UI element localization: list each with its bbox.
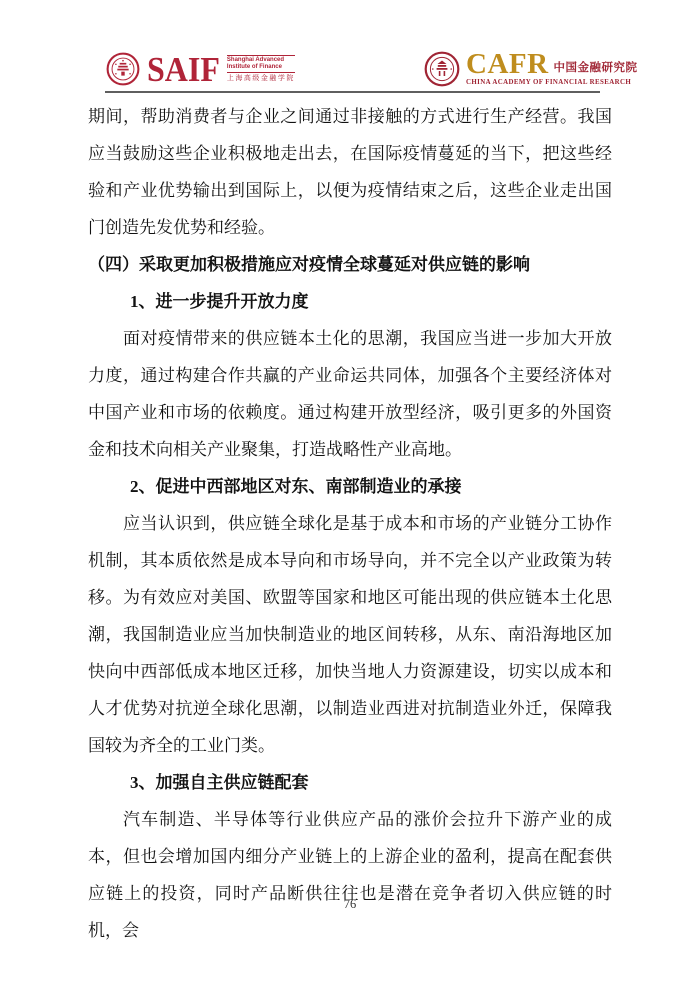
- cafr-text-block: CAFR 中国金融研究院 CHINA ACADEMY OF FINANCIAL …: [466, 52, 638, 86]
- subheading-1: 1、进一步提升开放力度: [130, 283, 612, 320]
- paragraph: 面对疫情带来的供应链本土化的思潮，我国应当进一步加大开放力度，通过构建合作共赢的…: [88, 320, 612, 468]
- paragraph: 应当认识到，供应链全球化是基于成本和市场的产业链分工协作机制，其本质依然是成本导…: [88, 505, 612, 764]
- cafr-logo: CAFR 中国金融研究院 CHINA ACADEMY OF FINANCIAL …: [424, 48, 638, 90]
- cafr-wordmark: CAFR: [466, 52, 549, 77]
- page-footer: 76: [0, 896, 700, 912]
- header-divider: [105, 91, 600, 93]
- cafr-chinese-name: 中国金融研究院: [554, 59, 638, 77]
- paragraph-continuation: 期间，帮助消费者与企业之间通过非接触的方式进行生产经营。我国应当鼓励这些企业积极…: [88, 98, 612, 246]
- saif-english-name: Shanghai Advanced Institute of Finance: [227, 55, 295, 73]
- saif-english-line2: Institute of Finance: [227, 64, 295, 71]
- document-body: 期间，帮助消费者与企业之间通过非接触的方式进行生产经营。我国应当鼓励这些企业积极…: [88, 98, 612, 949]
- subheading-3: 3、加强自主供应链配套: [130, 764, 612, 801]
- saif-seal-icon: [106, 52, 140, 86]
- page-number: 76: [344, 897, 357, 911]
- saif-english-line1: Shanghai Advanced: [227, 57, 295, 64]
- saif-subtitle: Shanghai Advanced Institute of Finance 上…: [227, 55, 295, 83]
- saif-logo: SAIF Shanghai Advanced Institute of Fina…: [106, 49, 295, 89]
- saif-wordmark: SAIF: [147, 52, 220, 87]
- paragraph: 汽车制造、半导体等行业供应产品的涨价会拉升下游产业的成本，但也会增加国内细分产业…: [88, 801, 612, 949]
- section-heading-4: （四）采取更加积极措施应对疫情全球蔓延对供应链的影响: [88, 246, 612, 283]
- document-page: SAIF Shanghai Advanced Institute of Fina…: [0, 0, 700, 990]
- saif-chinese-name: 上海高级金融学院: [227, 74, 295, 83]
- cafr-seal-icon: [424, 51, 460, 87]
- subheading-2: 2、促进中西部地区对东、南部制造业的承接: [130, 468, 612, 505]
- cafr-english-name: CHINA ACADEMY OF FINANCIAL RESEARCH: [466, 79, 638, 86]
